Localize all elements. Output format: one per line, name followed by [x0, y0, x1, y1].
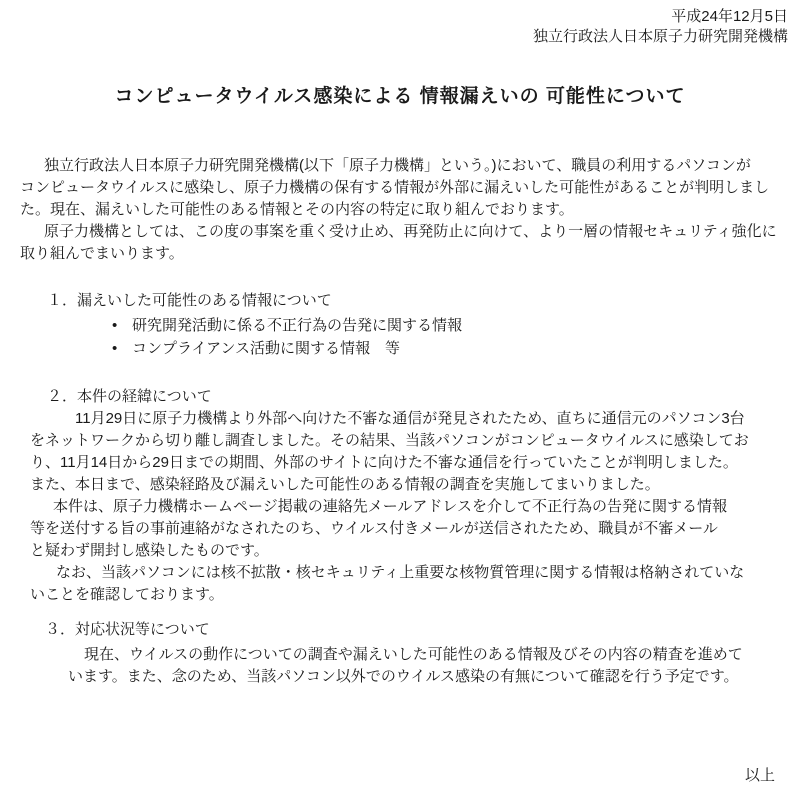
document-header: 平成24年12月5日 独立行政法人日本原子力研究開発機構	[0, 0, 800, 47]
intro-paragraphs: 独立行政法人日本原子力研究開発機構(以下「原子力機構」という。)において、職員の…	[20, 155, 788, 265]
intro-para2-line: 取り組んでまいります。	[20, 243, 788, 265]
press-release-page: 平成24年12月5日 独立行政法人日本原子力研究開発機構 コンピュータウイルス感…	[0, 0, 800, 792]
intro-para1-line: 独立行政法人日本原子力研究開発機構(以下「原子力機構」という。)において、職員の…	[20, 155, 788, 177]
section-2-body: 11月29日に原子力機構より外部へ向けた不審な通信が発見されたため、直ちに通信元…	[30, 408, 790, 606]
section-2-para2-line: 本件は、原子力機構ホームページ掲載の連絡先メールアドレスを介して不正行為の告発に…	[30, 496, 790, 518]
intro-para1-line: コンピュータウイルスに感染し、原子力機構の保有する情報が外部に漏えいした可能性が…	[20, 177, 788, 199]
leaked-info-list: • 研究開発活動に係る不正行為の告発に関する情報 • コンプライアンス活動に関す…	[0, 314, 800, 360]
list-item: • 研究開発活動に係る不正行為の告発に関する情報	[0, 314, 800, 337]
section-2-para3-line: いことを確認しております。	[30, 584, 790, 606]
bullet-icon: •	[112, 337, 132, 360]
section-3-heading: ３．対応状況等について	[45, 619, 800, 641]
section-2-para2-line: と疑わず開封し感染したものです。	[30, 540, 790, 562]
closing-label: 以上	[0, 765, 800, 787]
bullet-icon: •	[112, 314, 132, 337]
section-3-body: 現在、ウイルスの動作についての調査や漏えいした可能性のある情報及びその内容の精査…	[68, 644, 775, 688]
list-item-label: コンプライアンス活動に関する情報 等	[132, 337, 400, 360]
document-title: コンピュータウイルス感染による 情報漏えいの 可能性について	[0, 84, 800, 110]
section-2-para1-line: り、11月14日から29日までの期間、外部のサイトに向けた不審な通信を行っていた…	[30, 452, 790, 474]
section-3-para1-line: 現在、ウイルスの動作についての調査や漏えいした可能性のある情報及びその内容の精査…	[68, 644, 775, 666]
section-2-para1-line: をネットワークから切り離し調査しました。その結果、当該パソコンがコンピュータウイ…	[30, 430, 790, 452]
section-2-heading: ２．本件の経緯について	[47, 386, 800, 408]
section-2-para1-line: また、本日まで、感染経路及び漏えいした可能性のある情報の調査を実施してまいりまし…	[30, 474, 790, 496]
document-date: 平成24年12月5日	[0, 7, 788, 27]
section-2-para3-line: なお、当該パソコンには核不拡散・核セキュリティ上重要な核物質管理に関する情報は格…	[30, 562, 790, 584]
section-1-heading: １．漏えいした可能性のある情報について	[47, 290, 800, 312]
intro-para1-line: た。現在、漏えいした可能性のある情報とその内容の特定に取り組んでおります。	[20, 199, 788, 221]
list-item-label: 研究開発活動に係る不正行為の告発に関する情報	[132, 314, 462, 337]
list-item: • コンプライアンス活動に関する情報 等	[0, 337, 800, 360]
section-2-para2-line: 等を送付する旨の事前連絡がなされたのち、ウイルス付きメールが送信されたため、職員…	[30, 518, 790, 540]
intro-para2-line: 原子力機構としては、この度の事案を重く受け止め、再発防止に向けて、より一層の情報…	[20, 221, 788, 243]
section-3-para1-line: います。また、念のため、当該パソコン以外でのウイルス感染の有無について確認を行う…	[68, 666, 775, 688]
organization-name: 独立行政法人日本原子力研究開発機構	[0, 27, 788, 47]
section-2-para1-line: 11月29日に原子力機構より外部へ向けた不審な通信が発見されたため、直ちに通信元…	[30, 408, 790, 430]
